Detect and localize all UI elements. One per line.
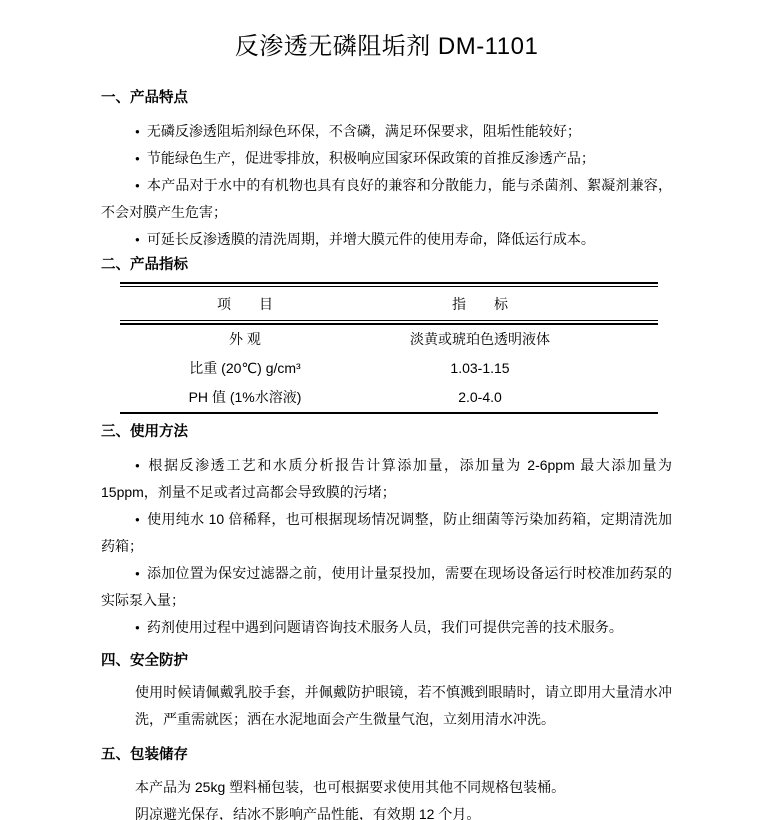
- table-row-ph: PH 值 (1%水溶液) 2.0-4.0: [120, 383, 658, 412]
- table-cell-value: 淡黄或琥珀色透明液体: [370, 330, 658, 349]
- table-cell-label: PH 值 (1%水溶液): [120, 388, 370, 407]
- paragraph: 本产品为 25kg 塑料桶包装，也可根据要求使用其他不同规格包装桶。: [101, 774, 672, 801]
- product-spec-table: 项 目 指 标 外 观 淡黄或琥珀色透明液体 比重 (20℃) g/cm³ 1.…: [120, 282, 658, 414]
- bullet-item: ●根据反渗透工艺和水质分析报告计算添加量，添加量为 2-6ppm 最大添加量为 …: [101, 452, 672, 506]
- bullet-text: 使用纯水 10 倍稀释，也可根据现场情况调整，防止细菌等污染加药箱，定期清洗加药…: [101, 511, 672, 554]
- section-product-features: 一、产品特点 ●无磷反渗透阻垢剂绿色环保，不含磷，满足环保要求，阻垢性能较好； …: [101, 88, 672, 253]
- bullet-item: ●使用纯水 10 倍稀释，也可根据现场情况调整，防止细菌等污染加药箱，定期清洗加…: [101, 506, 672, 560]
- section-heading-usage-method: 三、使用方法: [101, 422, 672, 443]
- table-header-item: 项 目: [120, 294, 370, 314]
- paragraph: 使用时候请佩戴乳胶手套，并佩戴防护眼镜，若不慎溅到眼睛时，请立即用大量清水冲洗，…: [101, 679, 672, 733]
- table-cell-label: 外 观: [120, 330, 370, 349]
- paragraph: 阴凉避光保存，结冰不影响产品性能，有效期 12 个月。: [101, 801, 672, 820]
- bullet-text: 可延长反渗透膜的清洗周期，并增大膜元件的使用寿命，降低运行成本。: [147, 231, 595, 247]
- bullet-text: 根据反渗透工艺和水质分析报告计算添加量，添加量为 2-6ppm 最大添加量为 1…: [101, 457, 672, 500]
- bullet-text: 本产品对于水中的有机物也具有良好的兼容和分散能力，能与杀菌剂、絮凝剂兼容，不会对…: [101, 177, 672, 220]
- table-cell-value: 1.03-1.15: [370, 359, 658, 378]
- bullet-icon: ●: [135, 623, 140, 632]
- bullet-icon: ●: [135, 515, 140, 524]
- table-rule-bottom: [120, 412, 658, 414]
- bullet-item: ●本产品对于水中的有机物也具有良好的兼容和分散能力，能与杀菌剂、絮凝剂兼容，不会…: [101, 172, 672, 226]
- section-heading-safety-protection: 四、安全防护: [101, 651, 672, 672]
- table-cell-label: 比重 (20℃) g/cm³: [120, 359, 370, 378]
- bullet-item: ●添加位置为保安过滤器之前，使用计量泵投加，需要在现场设备运行时校准加药泵的实际…: [101, 560, 672, 614]
- bullet-text: 节能绿色生产，促进零排放，积极响应国家环保政策的首推反渗透产品；: [147, 150, 595, 166]
- bullet-icon: ●: [135, 181, 140, 190]
- section-heading-product-indicators: 二、产品指标: [101, 255, 672, 276]
- document-page: 反渗透无磷阻垢剂 DM-1101 一、产品特点 ●无磷反渗透阻垢剂绿色环保，不含…: [0, 0, 773, 820]
- section-usage-method: 三、使用方法 ●根据反渗透工艺和水质分析报告计算添加量，添加量为 2-6ppm …: [101, 422, 672, 641]
- bullet-icon: ●: [135, 235, 140, 244]
- section-packaging-storage: 五、包装储存 本产品为 25kg 塑料桶包装，也可根据要求使用其他不同规格包装桶…: [101, 745, 672, 820]
- section-heading-packaging-storage: 五、包装储存: [101, 745, 672, 766]
- bullet-text: 添加位置为保安过滤器之前，使用计量泵投加，需要在现场设备运行时校准加药泵的实际泵…: [101, 565, 672, 608]
- bullet-text: 药剂使用过程中遇到问题请咨询技术服务人员，我们可提供完善的技术服务。: [147, 619, 623, 635]
- section-product-indicators: 二、产品指标 项 目 指 标 外 观 淡黄或琥珀色透明液体 比重 (20℃) g…: [101, 255, 672, 414]
- bullet-item: ●无磷反渗透阻垢剂绿色环保，不含磷，满足环保要求，阻垢性能较好；: [101, 118, 672, 145]
- table-row-density: 比重 (20℃) g/cm³ 1.03-1.15: [120, 354, 658, 383]
- bullet-text: 无磷反渗透阻垢剂绿色环保，不含磷，满足环保要求，阻垢性能较好；: [147, 123, 581, 139]
- bullet-icon: ●: [135, 461, 141, 470]
- table-header-indicator: 指 标: [370, 294, 658, 314]
- bullet-item: ●药剂使用过程中遇到问题请咨询技术服务人员，我们可提供完善的技术服务。: [101, 614, 672, 641]
- table-row-appearance: 外 观 淡黄或琥珀色透明液体: [120, 325, 658, 354]
- bullet-icon: ●: [135, 127, 140, 136]
- bullet-icon: ●: [135, 569, 140, 578]
- table-header-row: 项 目 指 标: [120, 287, 658, 320]
- bullet-item: ●节能绿色生产，促进零排放，积极响应国家环保政策的首推反渗透产品；: [101, 145, 672, 172]
- document-title: 反渗透无磷阻垢剂 DM-1101: [101, 30, 672, 64]
- section-safety-protection: 四、安全防护 使用时候请佩戴乳胶手套，并佩戴防护眼镜，若不慎溅到眼睛时，请立即用…: [101, 651, 672, 733]
- section-heading-product-features: 一、产品特点: [101, 88, 672, 109]
- bullet-icon: ●: [135, 154, 140, 163]
- table-cell-value: 2.0-4.0: [370, 388, 658, 407]
- bullet-item: ●可延长反渗透膜的清洗周期，并增大膜元件的使用寿命，降低运行成本。: [101, 226, 672, 253]
